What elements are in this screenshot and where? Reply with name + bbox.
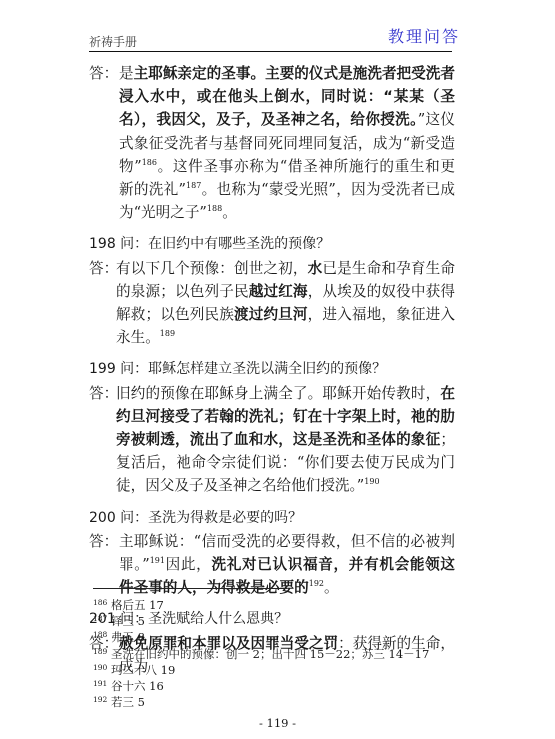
- answer-segment: 有以下几个预像：创世之初，: [116, 260, 308, 277]
- answer: 答：是主耶稣亲定的圣事。主要的仪式是施洗者把受洗者浸入水中，或在他头上倒水，同时…: [89, 62, 455, 224]
- answer-segment: 因此，: [165, 556, 211, 573]
- footnote-reference[interactable]: 187: [186, 181, 201, 190]
- footnote-191: 191谷十六 16: [93, 678, 429, 694]
- document-page: 祈祷手册 教理问答 答：是主耶稣亲定的圣事。主要的仪式是施洗者把受洗者浸入水中，…: [0, 0, 555, 739]
- footnote-divider: [93, 588, 287, 589]
- answer-text: 是主耶稣亲定的圣事。主要的仪式是施洗者把受洗者浸入水中，或在他头上倒水，同时说：…: [119, 62, 455, 224]
- footnote-text: 弗五 8: [111, 629, 145, 645]
- footnote-text: 格后五 17: [111, 597, 164, 613]
- answer: 答：主耶稣说：“信而受洗的必要得救，但不信的必被判罪。”191因此，洗礼对已认识…: [89, 530, 455, 600]
- footnote-number: 192: [93, 694, 111, 710]
- answer-text: 有以下几个预像：创世之初，水已是生命和孕育生命的泉源；以色列子民越过红海，从埃及…: [116, 257, 455, 350]
- header-divider: [89, 51, 452, 52]
- footnote-text: 若三 5: [111, 694, 145, 710]
- answer-segment: 是: [119, 65, 134, 82]
- footnote-number: 188: [93, 629, 111, 645]
- emphasized-text: 主耶稣亲定的圣事。主要的仪式是施洗者把受洗者浸入水中，或在他头上倒水，同时说：“…: [119, 65, 455, 128]
- footnote-number: 186: [93, 597, 111, 613]
- footnote-reference[interactable]: 189: [160, 329, 175, 338]
- answer-text: 旧约的预像在耶稣身上满全了。耶稣开始传教时，在约旦河接受了若翰的洗礼；钉在十字架…: [116, 382, 455, 498]
- qa-item-197-answer: 答：是主耶稣亲定的圣事。主要的仪式是施洗者把受洗者浸入水中，或在他头上倒水，同时…: [89, 62, 455, 224]
- footnote-192: 192若三 5: [93, 694, 429, 710]
- qa-item-198: 198 问：在旧约中有哪些圣洗的预像？答：有以下几个预像：创世之初，水已是生命和…: [89, 233, 455, 349]
- footnote-text: 谷十六 16: [111, 678, 164, 694]
- running-header-book-title: 祈祷手册: [89, 33, 137, 50]
- answer-label: 答：: [89, 257, 116, 350]
- footnote-reference[interactable]: 192: [309, 579, 324, 588]
- question-heading: 200 问：圣洗为得救是必要的吗？: [89, 507, 455, 530]
- footnote-reference[interactable]: 191: [150, 556, 165, 565]
- footnote-number: 191: [93, 678, 111, 694]
- question-heading: 198 问：在旧约中有哪些圣洗的预像？: [89, 233, 455, 256]
- emphasized-text: 水: [308, 260, 323, 277]
- answer-segment: 。: [324, 579, 339, 596]
- question-heading: 199 问：耶稣怎样建立圣洗以满全旧约的预像？: [89, 358, 455, 381]
- emphasized-text: 越过红海: [249, 283, 308, 300]
- answer-segment: 。: [222, 204, 237, 221]
- page-number: - 119 -: [0, 716, 555, 730]
- footnote-text: 圣洗在旧约中的预像：创一 2；出十四 15－22；苏三 14－17: [111, 646, 429, 662]
- answer-label: 答：: [89, 382, 116, 498]
- footnote-number: 187: [93, 613, 111, 629]
- footnote-text: 玛二十八 19: [111, 662, 175, 678]
- footnote-reference[interactable]: 186: [142, 158, 157, 167]
- qa-item-199: 199 问：耶稣怎样建立圣洗以满全旧约的预像？答：旧约的预像在耶稣身上满全了。耶…: [89, 358, 455, 497]
- footnote-reference[interactable]: 188: [207, 204, 222, 213]
- answer: 答：有以下几个预像：创世之初，水已是生命和孕育生命的泉源；以色列子民越过红海，从…: [89, 257, 455, 350]
- footnote-text: 铎三 5: [111, 613, 145, 629]
- emphasized-text: 渡过约旦河: [234, 306, 308, 323]
- qa-item-200: 200 问：圣洗为得救是必要的吗？答：主耶稣说：“信而受洗的必要得救，但不信的必…: [89, 507, 455, 600]
- footnote-190: 190玛二十八 19: [93, 662, 429, 678]
- footnote-number: 190: [93, 662, 111, 678]
- footnote-186: 186格后五 17: [93, 597, 429, 613]
- footnote-number: 189: [93, 646, 111, 662]
- qa-body: 答：是主耶稣亲定的圣事。主要的仪式是施洗者把受洗者浸入水中，或在他头上倒水，同时…: [89, 62, 455, 678]
- answer-segment: 旧约的预像在耶稣身上满全了。耶稣开始传教时，: [116, 385, 440, 402]
- answer-text: 主耶稣说：“信而受洗的必要得救，但不信的必被判罪。”191因此，洗礼对已认识福音…: [119, 530, 455, 600]
- footnotes: 186格后五 17187铎三 5188弗五 8189圣洗在旧约中的预像：创一 2…: [93, 597, 429, 710]
- answer-label: 答：: [89, 62, 119, 224]
- running-header-section-title: 教理问答: [388, 24, 460, 47]
- footnote-189: 189圣洗在旧约中的预像：创一 2；出十四 15－22；苏三 14－17: [93, 646, 429, 662]
- answer: 答：旧约的预像在耶稣身上满全了。耶稣开始传教时，在约旦河接受了若翰的洗礼；钉在十…: [89, 382, 455, 498]
- answer-label: 答：: [89, 530, 119, 600]
- footnote-reference[interactable]: 190: [364, 478, 379, 487]
- footnote-187: 187铎三 5: [93, 613, 429, 629]
- footnote-188: 188弗五 8: [93, 629, 429, 645]
